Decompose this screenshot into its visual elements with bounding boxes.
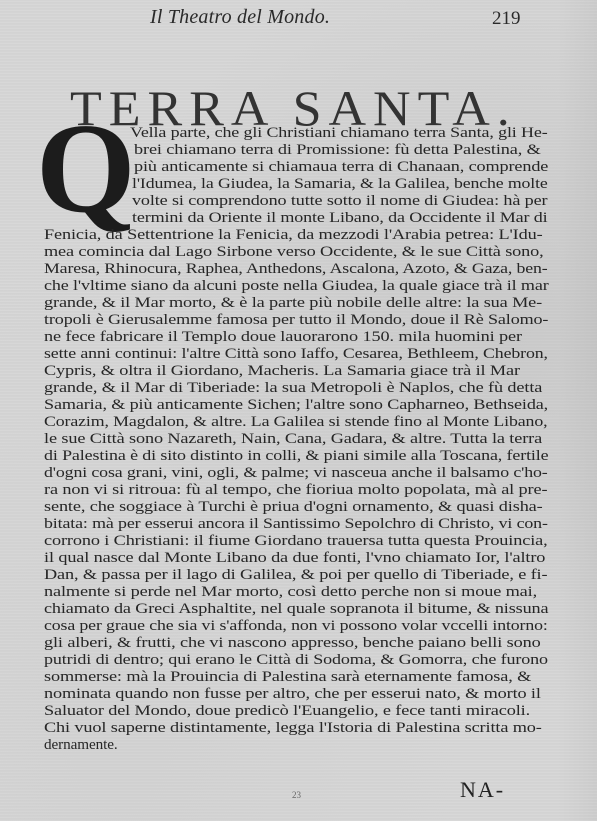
text-line: Fenicia, da Settentrione la Fenicia, da … [44,227,543,243]
text-line: Vella parte, che gli Christiani chiamano… [130,125,548,141]
text-line: Samaria, & più anticamente Sichen; l'alt… [44,397,548,413]
text-line: cosa per graue che sia vi s'affonda, non… [44,618,548,634]
text-line: il qual nasce dal Monte Libano da due fo… [44,550,545,566]
text-line: le sue Città sono Nazareth, Nain, Cana, … [44,431,542,447]
text-line: più anticamente si chiamaua terra di Cha… [134,159,548,175]
text-line: bitata: mà per esserui ancora il Santiss… [44,516,548,532]
text-line: sette anni continui: l'altre Città sono … [44,346,548,362]
drop-cap: Q [36,104,136,232]
text-line: di Palestina è di sito distinto in colli… [44,448,548,464]
text-line: tropoli è Gierusalemme famosa per tutto … [44,312,548,328]
text-line: Corazim, Magdalon, & altre. La Galilea s… [44,414,547,430]
text-line: sente, che soggiace à Turchi è priua d'o… [44,499,543,515]
catchword: NA- [460,777,505,803]
text-line: Chi vuol saperne distintamente, legga l'… [44,720,542,736]
running-head: Il Theatro del Mondo. 219 [0,2,597,32]
text-line: che l'vltime siano da alcuni poste nella… [44,278,549,294]
text-line: Maresa, Rhinocura, Raphea, Anthedons, As… [44,261,548,277]
text-line: volte si comprendono tutte sotto il nome… [132,193,547,209]
book-page: Il Theatro del Mondo. 219 TERRA SANTA. Q… [0,0,597,821]
text-line: Cypris, & oltra il Giordano, Macheris. L… [44,363,520,379]
text-line: termini da Oriente il monte Libano, da O… [132,210,548,226]
text-line: putridi di dentro; qui erano le Città di… [44,652,548,668]
running-title: Il Theatro del Mondo. [150,6,330,29]
text-line: grande, & il Mar di Tiberiade: la sua Me… [44,380,542,396]
page-number: 219 [492,8,521,30]
text-line: nalmente si perde nel Mar morto, così de… [44,584,537,600]
text-line: sommerse: mà la Prouincia di Palestina s… [44,669,531,685]
page-edge-shadow [557,0,597,821]
text-line: nominata quando non fusse per altro, che… [44,686,541,702]
text-line: l'Idumea, la Giudea, la Samaria, & la Ga… [132,176,548,192]
text-line: chiamato da Greci Asphaltite, nel quale … [44,601,548,617]
text-line: ra non vi si ritroua: fù al tempo, che f… [44,482,547,498]
text-line: dernamente. [44,737,118,753]
text-line: corrono i Christiani: il fiume Giordano … [44,533,548,549]
text-line: grande, & il Mar morto, & è la parte più… [44,295,542,311]
text-line: brei chiamano terra di Promissione: fù d… [134,142,541,158]
text-line: Dan, & passa per il lago di Galilea, & p… [44,567,547,583]
text-line: gli alberi, & frutti, che vi nascono app… [44,635,541,651]
text-line: ne fece fabricare il Templo doue lauorar… [44,329,522,345]
text-line: d'ogni cosa grani, vini, ogli, & palme; … [44,465,548,481]
text-line: mea comincia dal Lago Sirbone verso Occi… [44,244,544,260]
text-line: Saluator del Mondo, doue predicò l'Euang… [44,703,530,719]
signature-mark: 23 [292,790,301,800]
